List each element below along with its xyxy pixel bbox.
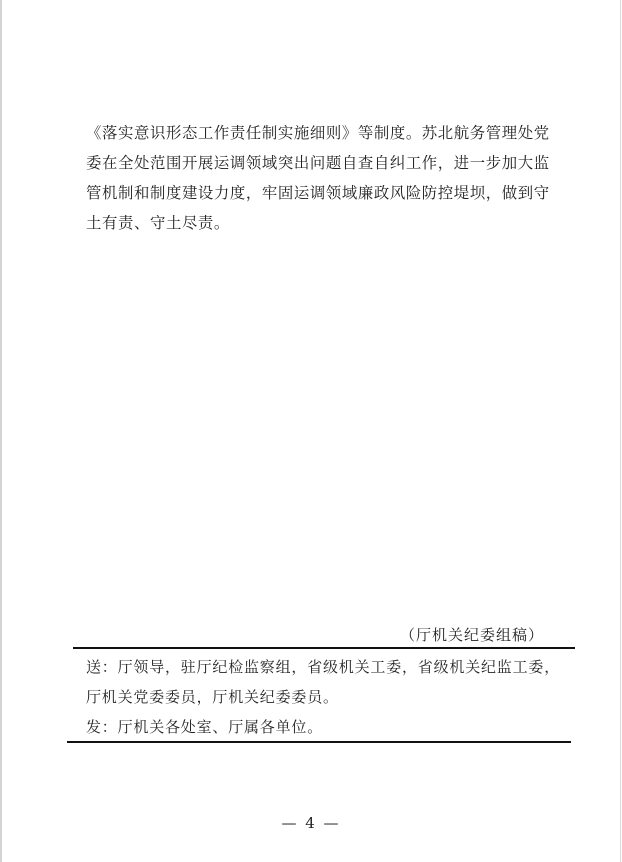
body-line-2: 委在全处范围开展运调领域突出问题自查自纠工作，进一步加大监 <box>86 148 566 178</box>
body-line-1: 《落实意识形态工作责任制实施细则》等制度。苏北航务管理处党 <box>86 118 566 148</box>
signature: （厅机关纪委组稿） <box>400 624 550 645</box>
distribution-send-line-1: 送：厅领导，驻厅纪检监察组，省级机关工委，省级机关纪监工委， <box>86 656 560 677</box>
distribution-send-line-2: 厅机关党委委员，厅机关纪委委员。 <box>86 686 339 707</box>
distribution-bottom-rule <box>67 741 571 743</box>
body-line-4: 土有责、守土尽责。 <box>86 208 566 238</box>
page-edge-right <box>620 0 621 862</box>
distribution-issue-line: 发：厅机关各处室、厅属各单位。 <box>86 716 323 737</box>
page-edge-left <box>0 0 2 862</box>
body-paragraph: 《落实意识形态工作责任制实施细则》等制度。苏北航务管理处党 委在全处范围开展运调… <box>86 118 566 238</box>
distribution-top-rule <box>73 647 575 649</box>
page-number: — 4 — <box>0 814 622 832</box>
body-line-3: 管机制和制度建设力度，牢固运调领域廉政风险防控堤坝，做到守 <box>86 178 566 208</box>
